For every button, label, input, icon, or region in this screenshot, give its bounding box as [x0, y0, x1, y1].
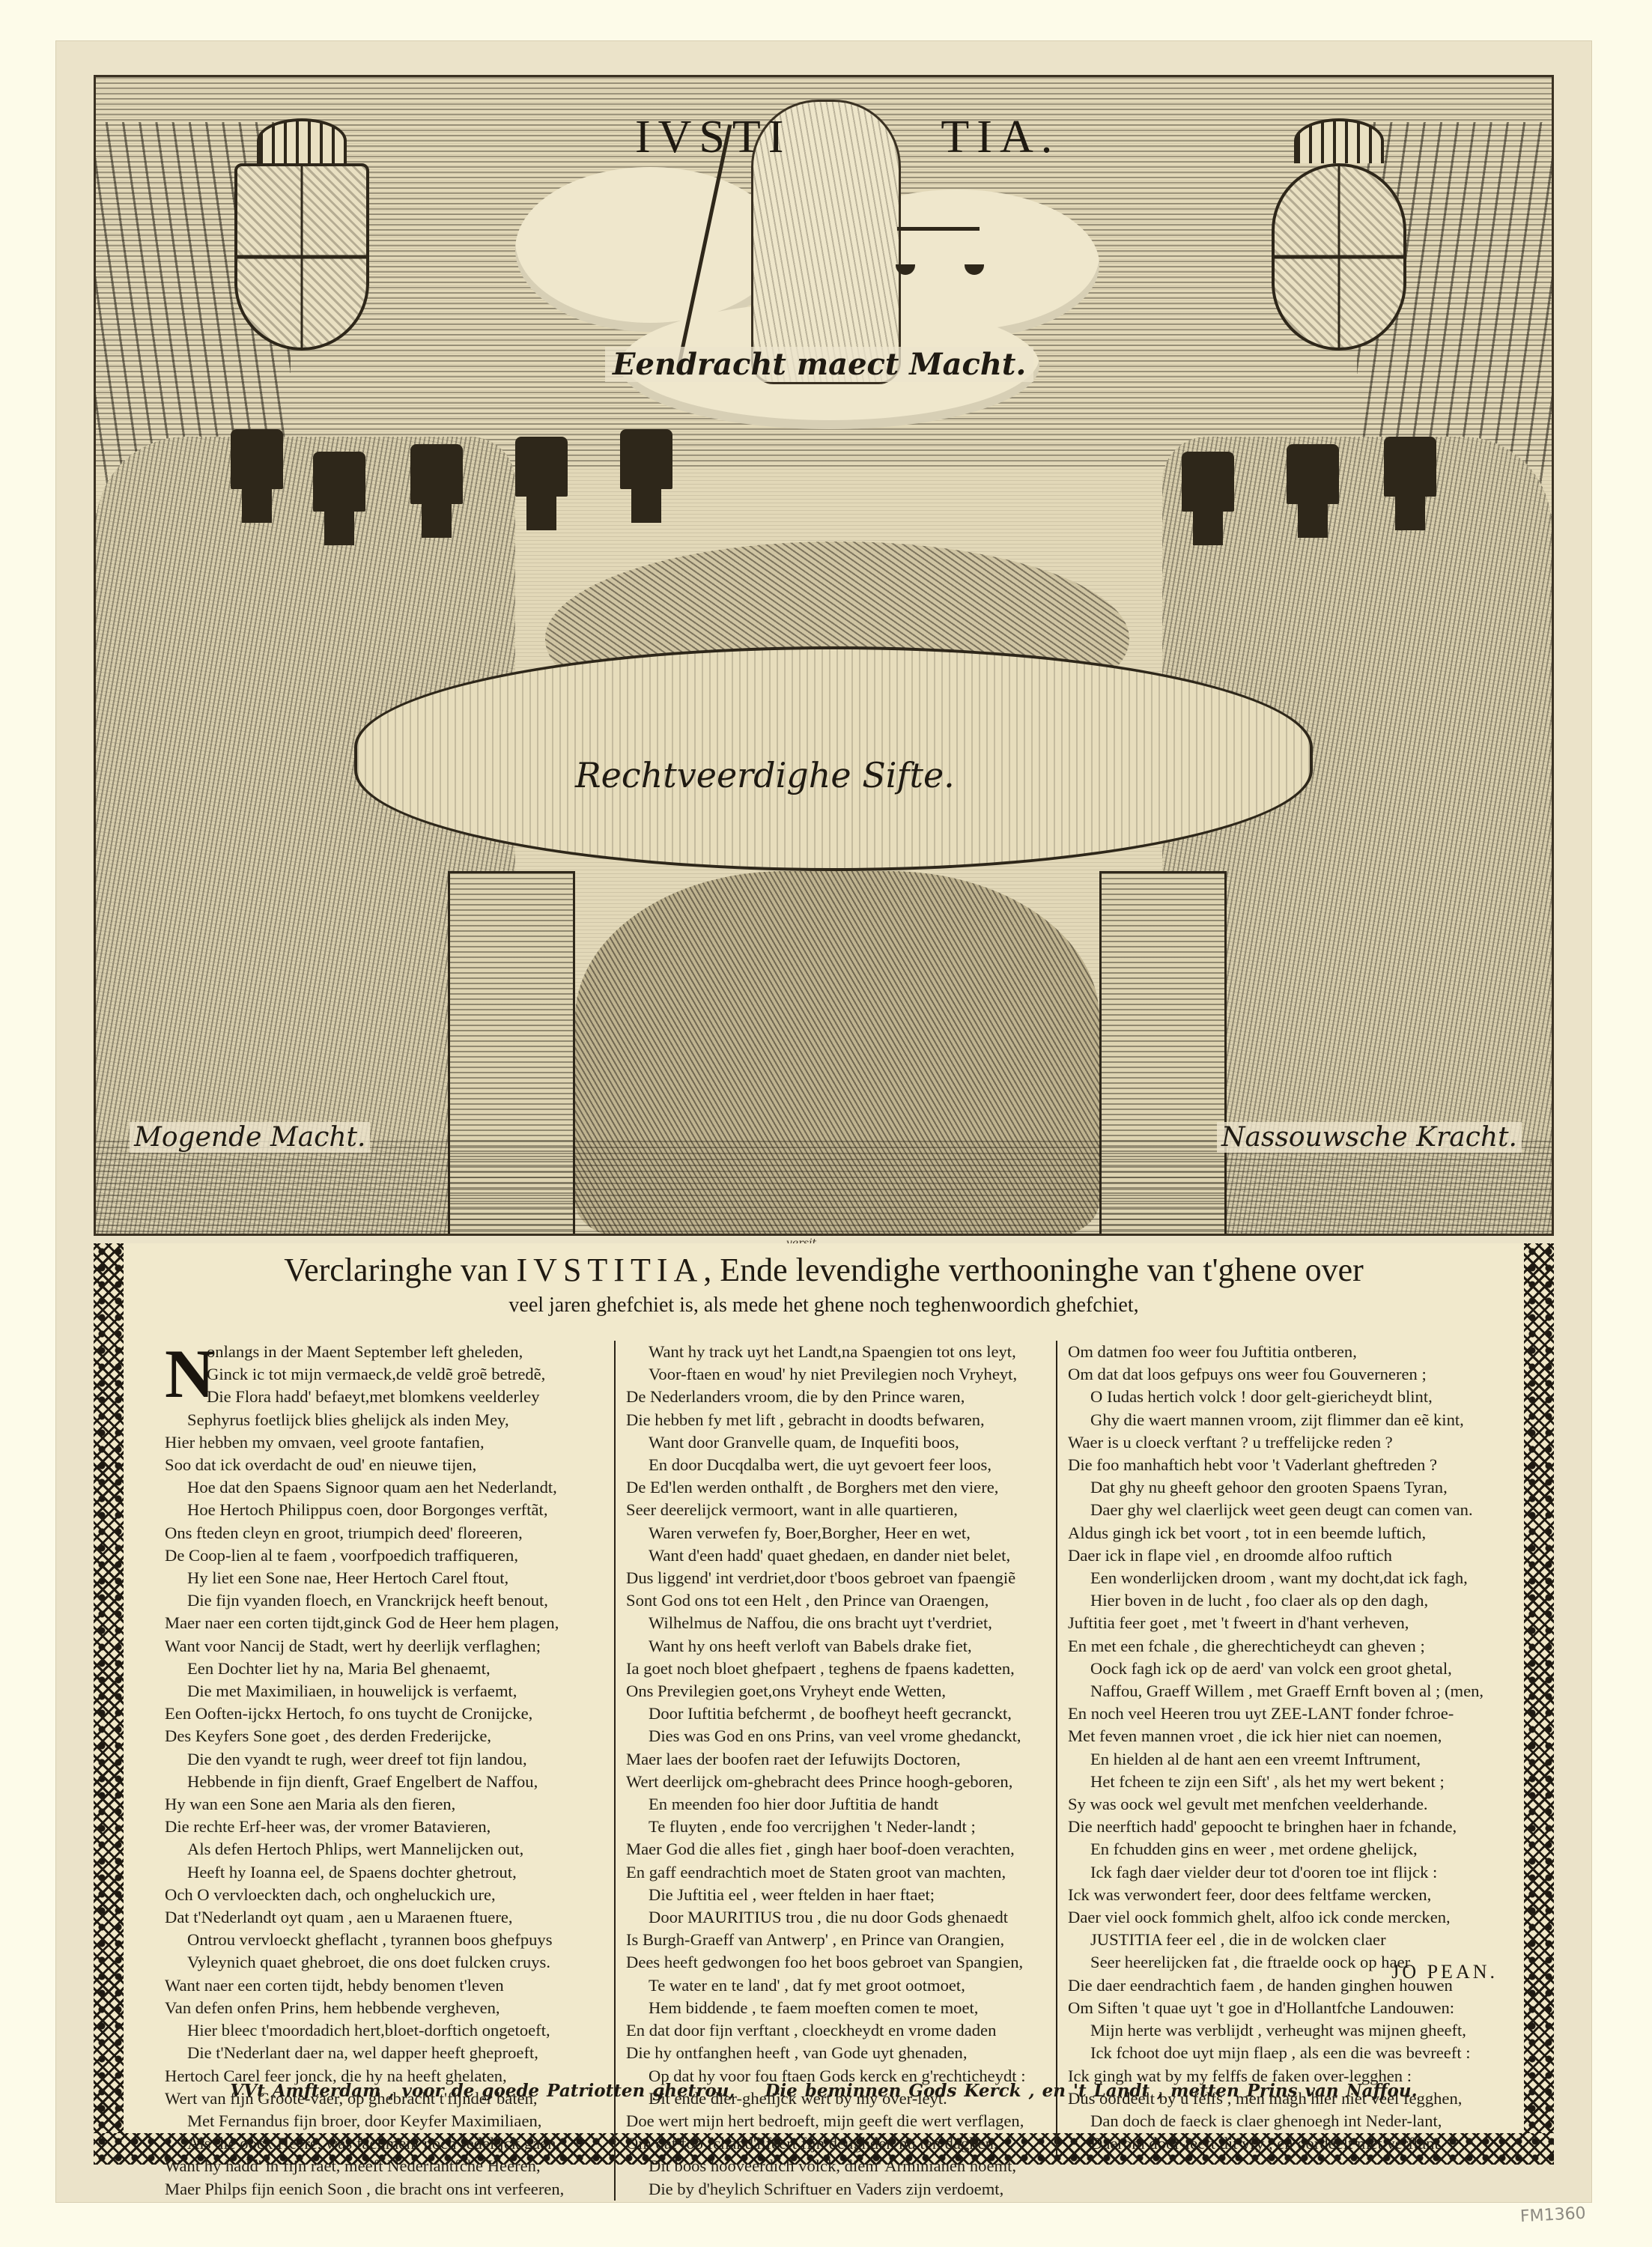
coat-of-arms-right-icon — [1272, 163, 1406, 351]
poem-line: Maer naer een corten tijdt,ginck God de … — [165, 1612, 607, 1634]
poem-line: Want d'een hadd' quaet ghedaen, en dande… — [626, 1544, 1056, 1567]
heading-line-1: Verclaringhe van IVSTITIA, Ende levendig… — [139, 1249, 1509, 1291]
hat-icon — [313, 452, 365, 512]
poem-line: Daerom door-leeft dit vry , en oordeelt … — [1068, 2132, 1498, 2155]
poem-line: Die hebben fy met lift , gebracht in doo… — [626, 1409, 1056, 1431]
poem-line: Waer is u cloeck verftant ? u treffelijc… — [1068, 1431, 1498, 1454]
poem-line: Als die oock Heere, was fachment noch re… — [165, 2132, 607, 2155]
poem-line: Hy wan een Sone aen Maria als den fieren… — [165, 1793, 607, 1816]
poem-line: Want hy hadd' in fijn raet, meeft Nederl… — [165, 2155, 607, 2177]
drop-cap: N — [165, 1342, 214, 1405]
poem-line: Seer deerelijck vermoort, want in alle q… — [626, 1499, 1056, 1521]
poem-line: Een Dochter liet hy na, Maria Bel ghenae… — [165, 1658, 607, 1680]
title-part-1: IVSTI — [635, 112, 791, 163]
poem-line: Maer God die alles fiet , gingh haer boo… — [626, 1838, 1056, 1861]
scales-icon — [897, 227, 980, 231]
poem-line: Te water en te land' , dat fy met groot … — [626, 1974, 1056, 1997]
imprint-part-1: VVt Amfterdam , voor de goede Patriotten… — [230, 2081, 735, 2101]
poem-line: Daer ghy wel claerlijck weet geen deugt … — [1068, 1499, 1498, 1521]
poem-line: Sephyrus foetlijck blies ghelijck als in… — [165, 1409, 607, 1431]
poem-line: Ons fteden cleyn en groot, triumpich dee… — [165, 1522, 607, 1544]
coat-of-arms-left-icon — [234, 163, 369, 351]
ornamental-border-left — [94, 1243, 124, 2165]
poem-line: Ginck ic tot mijn vermaeck,de veldẽ groẽ… — [165, 1363, 607, 1386]
poem-line: Om Siften 't quae uyt 't goe in d'Hollan… — [1068, 1997, 1498, 2019]
poem-line: Des Keyfers Sone goet , des derden Frede… — [165, 1725, 607, 1747]
poem-line: Maer Philps fijn eenich Soon , die brach… — [165, 2178, 607, 2201]
poem-line: Die foo manhaftich hebt voor 't Vaderlan… — [1068, 1454, 1498, 1476]
poem-line: onlangs in der Maent September left ghel… — [165, 1341, 607, 1363]
poem-line: En hielden al de hant aen een vreemt Inf… — [1068, 1748, 1498, 1771]
hat-icon — [620, 429, 672, 489]
heading-line-2: veel jaren ghefchiet is, als mede het gh… — [139, 1291, 1509, 1320]
poem-line: Waren verwefen fy, Boer,Borgher, Heer en… — [626, 1522, 1056, 1544]
poem-line: Die den vyandt te rugh, weer dreef tot f… — [165, 1748, 607, 1771]
poem-line: Als defen Hertoch Phlips, wert Mannelijc… — [165, 1838, 607, 1861]
poem-line: Die rechte Erf-heer was, der vromer Bata… — [165, 1816, 607, 1838]
author-signature: JO PEAN. — [1391, 1961, 1498, 1983]
poem-line: Dees heeft gedwongen foo het boos gebroe… — [626, 1951, 1056, 1974]
poem-line: Oock fagh ick op de aerd' van volck een … — [1068, 1658, 1498, 1680]
imprint-line: VVt Amfterdam , voor de goede Patriotten… — [139, 2081, 1509, 2101]
poem-line: En dat door fijn verftant , cloeckheydt … — [626, 2019, 1056, 2042]
text-panel: Verclaringhe van IVSTITIA, Ende levendig… — [94, 1243, 1554, 2165]
poem-line: Hem biddende , te faem moeften comen te … — [626, 1997, 1056, 2019]
poem-line: Sont God ons tot een Helt , den Prince v… — [626, 1589, 1056, 1612]
poem-line: De Coop-lien al te faem , voorfpoedich t… — [165, 1544, 607, 1567]
poem-heading: Verclaringhe van IVSTITIA, Ende levendig… — [139, 1249, 1509, 1320]
poem-line: Ia goet noch bloet ghefpaert , teghens d… — [626, 1658, 1056, 1680]
poem-line: Want hy track uyt het Landt,na Spaengien… — [626, 1341, 1056, 1363]
poem-line: Om dat dat loos gefpuys ons weer fou Gou… — [1068, 1363, 1498, 1386]
poem-line: Daer viel oock fommich ghelt, alfoo ick … — [1068, 1906, 1498, 1929]
poem-line: Die Juftitia eel , weer ftelden in haer … — [626, 1884, 1056, 1906]
heading-text: Verclaringhe van — [284, 1252, 516, 1288]
poem-line: Hier boven in de lucht , foo claer als o… — [1068, 1589, 1498, 1612]
poem-line: Hebbende in fijn dienft, Graef Engelbert… — [165, 1771, 607, 1793]
poem-line: Die neerftich hadd' gepoocht te bringhen… — [1068, 1816, 1498, 1838]
poem-line: En noch veel Heeren trou uyt ZEE-LANT fo… — [1068, 1702, 1498, 1725]
hat-icon — [231, 429, 283, 489]
poem-line: Hoe dat den Spaens Signoor quam aen het … — [165, 1476, 607, 1499]
hat-icon — [410, 444, 463, 504]
poem-line: Door MAURITIUS trou , die nu door Gods g… — [626, 1906, 1056, 1929]
poem-line: Hier bleec t'moordadich hert,bloet-dorft… — [165, 2019, 607, 2042]
poem-line: Mijn herte was verblijdt , verheught was… — [1068, 2019, 1498, 2042]
poem-line: Een Ooften-ijckx Hertoch, fo ons tuycht … — [165, 1702, 607, 1725]
poem-column-3: Om datmen foo weer fou Juftitia ontberen… — [1056, 1341, 1498, 2155]
poem-line: Want naer een corten tijdt, hebdy benome… — [165, 1974, 607, 1997]
poem-line: Hoe Hertoch Philippus coen, door Borgong… — [165, 1499, 607, 1521]
poem-line: Het fcheen te zijn een Sift' , als het m… — [1068, 1771, 1498, 1793]
poem-line: Is Burgh-Graeff van Antwerp' , en Prince… — [626, 1929, 1056, 1951]
poem-line: Die hy ontfanghen heeft , van Gode uyt g… — [626, 2042, 1056, 2064]
poem-line: Dus liggend' int verdriet,door t'boos ge… — [626, 1567, 1056, 1589]
poem-line: Dies was God en ons Prins, van veel vrom… — [626, 1725, 1056, 1747]
poem-line: En gaff eendrachtich moet de Staten groo… — [626, 1861, 1056, 1884]
poem-line: Ghy die waert mannen vroom, zijt flimmer… — [1068, 1409, 1498, 1431]
heading-caps: IVSTITIA — [517, 1252, 704, 1288]
poem-line: O Iudas hertich volck ! door gelt-gieric… — [1068, 1386, 1498, 1408]
hat-icon — [1384, 437, 1436, 497]
poem-line: Die Flora hadd' befaeyt,met blomkens vee… — [165, 1386, 607, 1408]
poem-line: Met feven mannen vroet , die ick hier ni… — [1068, 1725, 1498, 1747]
poem-line: Om datmen foo weer fou Juftitia ontberen… — [1068, 1341, 1498, 1363]
poem-line: Dan doch de faeck is claer ghenoegh int … — [1068, 2110, 1498, 2132]
poem-line: Naffou, Graeff Willem , met Graeff Ernft… — [1068, 1680, 1498, 1702]
poem-line: En door Ducqdalba wert, die uyt gevoert … — [626, 1454, 1056, 1476]
accession-number: FM1360 — [1519, 2204, 1586, 2227]
poem-line: Soo dat ick overdacht de oud' en nieuwe … — [165, 1454, 607, 1476]
poem-line: Vyleynich quaet ghebroet, die ons doet f… — [165, 1951, 607, 1974]
crown-icon — [1294, 118, 1384, 163]
title-part-2: TIA. — [941, 112, 1060, 163]
poem-column-1: N onlangs in der Maent September left gh… — [165, 1341, 607, 2201]
poem-line: Ick fagh daer vielder deur tot d'ooren t… — [1068, 1861, 1498, 1884]
poem-line: Dat ghy nu gheeft gehoor den grooten Spa… — [1068, 1476, 1498, 1499]
ornamental-border-right — [1524, 1243, 1554, 2165]
hat-icon — [515, 437, 568, 497]
poem-line: Door Iuftitia befchermt , de boofheyt he… — [626, 1702, 1056, 1725]
poem-line: Die t'Nederlant daer na, wel dapper heef… — [165, 2042, 607, 2064]
poem-line: Die met Maximiliaen, in houwelijck is ve… — [165, 1680, 607, 1702]
poem-line: Ons Previlegien goet,ons Vryheyt ende We… — [626, 1680, 1056, 1702]
sieve-label: Rechtveerdighe Sifte. — [575, 755, 955, 795]
poem-column-2: Want hy track uyt het Landt,na Spaengien… — [614, 1341, 1056, 2201]
poem-line: Dat t'Nederlandt oyt quam , aen u Maraen… — [165, 1906, 607, 1929]
poem-line: Dit boos hooveerdich volck, diem' Armini… — [626, 2155, 1056, 2177]
poem-line: Juftitia feer goet , met 't fweert in d'… — [1068, 1612, 1498, 1634]
poem-line: Maer laes der boofen raet der Iefuwijts … — [626, 1748, 1056, 1771]
poem-line: Aldus gingh ick bet voort , tot in een b… — [1068, 1522, 1498, 1544]
heading-text: , Ende levendighe verthooninghe van t'gh… — [703, 1252, 1364, 1288]
motto-banner: Eendracht maect Macht. — [605, 347, 1033, 382]
engraving-illustration: IVSTITIA. Eendracht maect Macht. Rechtve… — [94, 75, 1554, 1236]
poem-line: Hy liet een Sone nae, Heer Hertoch Carel… — [165, 1567, 607, 1589]
poem-line: En fchudden gins en weer , met ordene gh… — [1068, 1838, 1498, 1861]
poem-line: Sy was oock wel gevult met menfchen veel… — [1068, 1793, 1498, 1816]
poem-line: Om dat foo fchand'lifeert fijn deughden … — [626, 2132, 1056, 2155]
poem-line: Och O vervloeckten dach, och ongheluckic… — [165, 1884, 607, 1906]
label-mogende-macht: Mogende Macht. — [130, 1122, 370, 1153]
poem-line: Heeft hy Ioanna eel, de Spaens dochter g… — [165, 1861, 607, 1884]
poem-line: Een wonderlijcken droom , want my docht,… — [1068, 1567, 1498, 1589]
hat-icon — [1287, 444, 1339, 504]
imprint-part-2: Die beminnen Gods Kerck , en 't Landt , … — [765, 2081, 1417, 2101]
poem-line: Die fijn vyanden floech, en Vranckrijck … — [165, 1589, 607, 1612]
poem-line: Die by d'heylich Schriftuer en Vaders zi… — [626, 2178, 1056, 2201]
poem-line: Van defen onfen Prins, hem hebbende verg… — [165, 1997, 607, 2019]
poem-line: En meenden foo hier door Juftitia de han… — [626, 1793, 1056, 1816]
poem-line: De Ed'len werden onthalft , de Borghers … — [626, 1476, 1056, 1499]
poem-line: Want voor Nancij de Stadt, wert hy deerl… — [165, 1635, 607, 1658]
poem-line: Ontrou vervloeckt gheflacht , tyrannen b… — [165, 1929, 607, 1951]
floor-hatching — [96, 1141, 1552, 1236]
hat-icon — [1182, 452, 1234, 512]
poem-columns: N onlangs in der Maent September left gh… — [165, 1341, 1505, 2037]
poem-line: Voor-ftaen en woud' hy niet Previlegien … — [626, 1363, 1056, 1386]
crown-icon — [257, 118, 347, 163]
poem-line: Ick was verwondert feer, door dees feltf… — [1068, 1884, 1498, 1906]
poem-line: Hier hebben my omvaen, veel groote fanta… — [165, 1431, 607, 1454]
poem-line: Doe wert mijn hert bedroeft, mijn geeft … — [626, 2110, 1056, 2132]
poem-line: Want door Granvelle quam, de Inquefiti b… — [626, 1431, 1056, 1454]
poem-line: Wilhelmus de Naffou, die ons bracht uyt … — [626, 1612, 1056, 1634]
poem-line: Want hy ons heeft verloft van Babels dra… — [626, 1635, 1056, 1658]
poem-line: Met Fernandus fijn broer, door Keyfer Ma… — [165, 2110, 607, 2132]
poem-line: Wert deerlijck om-ghebracht dees Prince … — [626, 1771, 1056, 1793]
poem-line: En met een fchale , die gherechticheydt … — [1068, 1635, 1498, 1658]
poem-line: Daer ick in flape viel , en droomde alfo… — [1068, 1544, 1498, 1567]
label-nassouwsche-kracht: Nassouwsche Kracht. — [1217, 1122, 1522, 1153]
engraving-title: IVSTITIA. — [635, 111, 1060, 164]
poem-line: JUSTITIA feer eel , die in de wolcken cl… — [1068, 1929, 1498, 1951]
poem-line: De Nederlanders vroom, die by den Prince… — [626, 1386, 1056, 1408]
poem-line: Te fluyten , ende foo vercrijghen 't Ned… — [626, 1816, 1056, 1838]
poem-line: Ick fchoot doe uyt mijn flaep , als een … — [1068, 2042, 1498, 2064]
